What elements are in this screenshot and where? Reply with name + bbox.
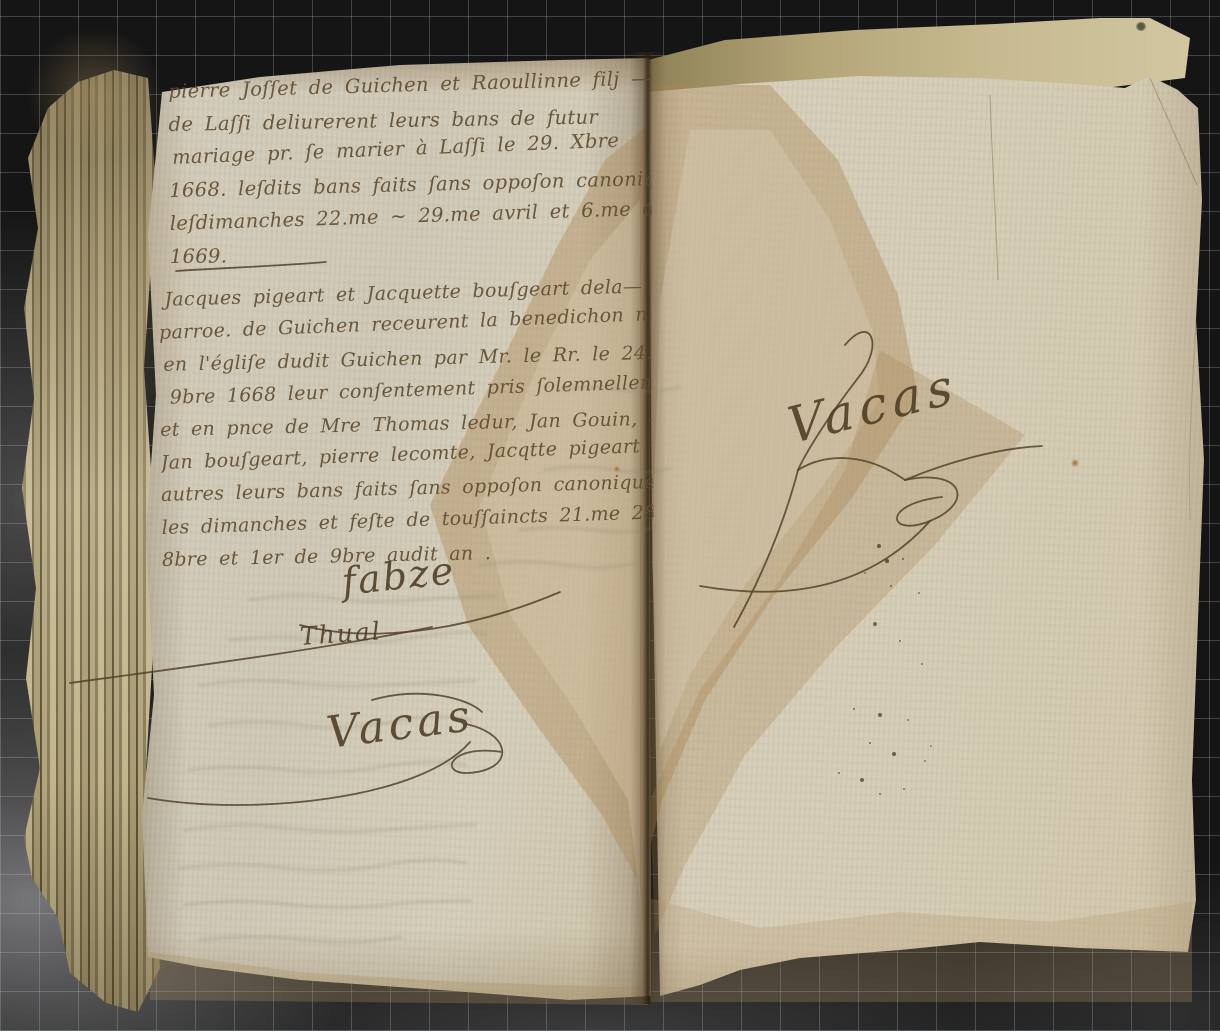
rust-spot-right [1071,459,1079,467]
rust-spot-left [614,466,620,472]
parish-register-photo: pierre Joſſet de Guichen et Raoullinne f… [0,0,1220,1031]
manuscript-entry-2: Jacques pigeart et Jacquette bouſgeart d… [158,277,654,576]
right-page [645,20,1210,1005]
ink-specks [0,0,2,2]
page-hole [1136,22,1146,31]
signature-thual: Thual [299,616,383,651]
manuscript-entry-1: pierre Joſſet de Guichen et Raoullinne f… [168,75,652,278]
